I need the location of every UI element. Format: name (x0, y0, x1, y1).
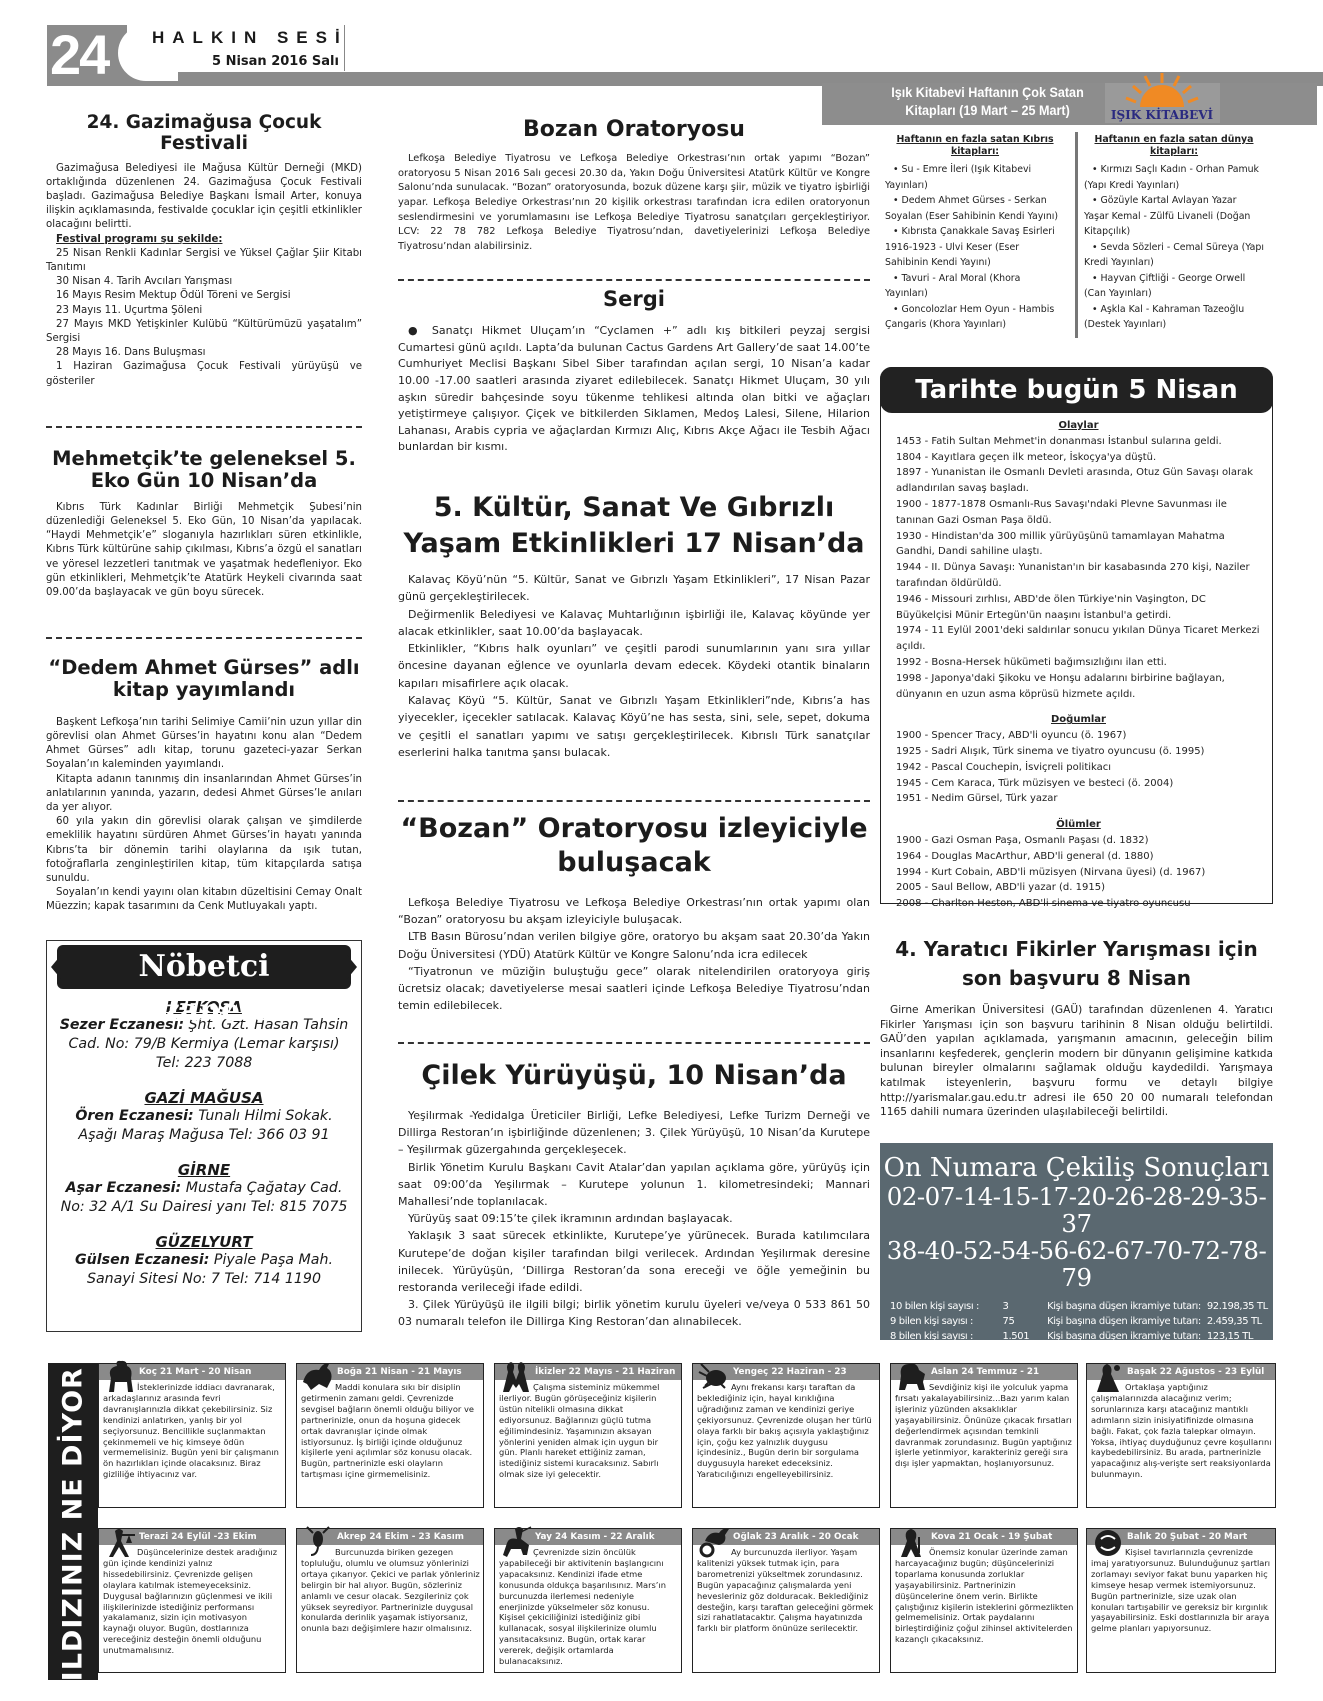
horoscope-card: Yengeç 22 Haziran - 23 Temmuz Aynı freka… (692, 1363, 880, 1508)
article-title: Çilek Yürüyüşü, 10 Nisan’da (398, 1060, 870, 1091)
leo-icon (895, 1358, 929, 1394)
article-kultur-sanat: 5. Kültür, Sanat Ve Gıbrızlı Yaşam Etkin… (398, 490, 870, 761)
list-item: 1951 - Nedim Gürsel, Türk yazar (896, 791, 1261, 807)
list-item: 1453 - Fatih Sultan Mehmet'in donanması … (896, 434, 1261, 450)
list-item: 1964 - Douglas MacArthur, ABD'li general… (896, 849, 1261, 865)
list-item: • Goncolozlar Hem Oyun - Hambis Çangaris… (885, 302, 1065, 333)
list-item: • Sevda Sözleri - Cemal Süreya (Yapı Kre… (1084, 240, 1264, 271)
article-title: 5. Kültür, Sanat Ve Gıbrızlı Yaşam Etkin… (398, 490, 870, 562)
list-item: 1804 - Kayıtlara geçen ilk meteor, İskoç… (896, 450, 1261, 466)
horoscope-card: İkizler 22 Mayıs - 21 Haziran Çalışma si… (494, 1363, 682, 1508)
article-body: Girne Amerikan Üniversitesi (GAÜ) tarafı… (880, 1003, 1273, 1120)
list-item: 2005 - Saul Bellow, ABD'li yazar (d. 191… (896, 880, 1261, 896)
lottery-box: On Numara Çekiliş Sonuçları 02-07-14-15-… (880, 1143, 1273, 1340)
article-body: Yeşilırmak -Yedidalga Üreticiler Birliği… (398, 1107, 870, 1331)
list-item: 2008 - Charlton Heston, ABD'li sinema ve… (896, 896, 1261, 912)
virgo-icon (1091, 1358, 1125, 1394)
list-item: 1946 - Missouri zırhlısı, ABD'de ölen Tü… (896, 592, 1261, 624)
horoscope-card: Kova 21 Ocak - 19 Şubat Önemsiz konular … (890, 1528, 1078, 1673)
aries-icon (103, 1358, 137, 1394)
pharmacy-entry: GÜZELYURT Gülsen Eczanesi: Piyale Paşa M… (47, 1233, 361, 1289)
article-body: Kalavaç Köyü’nün “5. Kültür, Sanat ve Gı… (398, 571, 870, 761)
article-title: Sergi (398, 287, 870, 311)
svg-text:IŞIK KİTABEVİ: IŞIK KİTABEVİ (1111, 107, 1214, 122)
article-title: 24. Gazimağusa Çocuk Festivali (46, 112, 362, 155)
list-item: • Kıbrısta Çanakkale Savaş Esirleri 1916… (885, 224, 1065, 271)
article-title: Mehmetçik’te geleneksel 5. Eko Gün 10 Ni… (46, 448, 362, 493)
list-item: 1974 - 11 Eylül 2001'deki saldırılar son… (896, 623, 1261, 655)
divider (46, 426, 362, 428)
aquarius-icon (895, 1523, 929, 1559)
bookstore-divider (1075, 132, 1078, 338)
taurus-icon (301, 1358, 335, 1394)
horoscope-card: Yay 24 Kasım - 22 Aralık Çevrenizde sizi… (494, 1528, 682, 1673)
list-item: • Tavuri - Aral Moral (Khora Yayınları) (885, 271, 1065, 302)
scorpio-icon (301, 1523, 335, 1559)
history-title: Tarihte bugün 5 Nisan (880, 367, 1273, 413)
article-bozan-oratoryosu: Bozan Oratoryosu Lefkoşa Belediye Tiyatr… (398, 117, 870, 254)
article-title: “Bozan” Oratoryosu izleyiciyle buluşacak (398, 812, 870, 880)
article-title: “Dedem Ahmet Gürses” adlı kitap yayımlan… (46, 657, 362, 702)
horoscope-card: Terazi 24 Eylül -23 Ekim Düşüncelerinize… (98, 1528, 286, 1673)
list-item: 1944 - II. Dünya Savaşı: Yunanistan'ın b… (896, 560, 1261, 592)
table-row: 8 bilen kişi sayısı :1.501Kişi başına dü… (890, 1329, 1274, 1344)
list-item: • Dedem Ahmet Gürses - Serkan Soyalan (E… (885, 193, 1065, 224)
horoscope-card: Balık 20 Şubat - 20 Mart Kişisel tavırla… (1086, 1528, 1276, 1673)
sun-logo-icon: IŞIK KİTABEVİ (1105, 71, 1220, 123)
horoscope-card: Akrep 24 Ekim - 23 Kasım Burcunuzda biri… (296, 1528, 484, 1673)
list-item: 1900 - Gazi Osman Paşa, Osmanlı Paşası (… (896, 833, 1261, 849)
article-cilek-yuruyusu: Çilek Yürüyüşü, 10 Nisan’da Yeşilırmak -… (398, 1060, 870, 1331)
gemini-icon (499, 1358, 533, 1394)
lottery-title: On Numara Çekiliş Sonuçları (880, 1153, 1273, 1183)
page-number: 24 (50, 22, 108, 87)
horoscope-card: Başak 22 Ağustos - 23 Eylül Ortaklaşa ya… (1086, 1363, 1276, 1508)
list-item: 1992 - Bosna-Hersek hükümeti bağımsızlığ… (896, 655, 1261, 671)
sagittarius-icon (499, 1523, 533, 1559)
newspaper-name: HALKIN SESİ (152, 28, 348, 48)
article-eko-gun: Mehmetçik’te geleneksel 5. Eko Gün 10 Ni… (46, 448, 362, 600)
horoscope-card: Oğlak 23 Aralık - 20 Ocak Ay burcunuzda … (692, 1528, 880, 1673)
list-item: 1994 - Kurt Cobain, ABD'li müzisyen (Nir… (896, 865, 1261, 881)
article-body: Lefkoşa Belediye Tiyatrosu ve Lefkoşa Be… (398, 152, 870, 254)
header-separator (344, 25, 345, 71)
horoscope-card: Koç 21 Mart - 20 Nisan İsteklerinizde id… (98, 1363, 286, 1508)
bookstore-title: Işık Kitabevi Haftanın Çok Satan Kitapla… (891, 83, 1085, 119)
divider (398, 1042, 870, 1044)
pharmacy-entry: GİRNE Aşar Eczanesi: Mustafa Çağatay Cad… (47, 1161, 361, 1217)
list-item: 1897 - Yunanistan ile Osmanlı Devleti ar… (896, 465, 1261, 497)
program-heading: Festival programı şu şekilde: (46, 233, 362, 247)
pharmacies-title: Nöbetci Eczaneler (57, 945, 351, 989)
list-item: 1930 - Hindistan'da 300 millik yürüyüşün… (896, 529, 1261, 561)
bookstore-world-list: Haftanın en fazla satan dünya kitapları:… (1084, 134, 1264, 333)
list-item: • Gözüyle Kartal Avlayan Yazar Yaşar Kem… (1084, 193, 1264, 240)
list-item: • Hayvan Çiftliği - George Orwell (Can Y… (1084, 271, 1264, 302)
pharmacies-box: Nöbetci Eczaneler LEFKOŞA Sezer Eczanesi… (46, 940, 362, 1332)
article-title: 4. Yaratıcı Fikirler Yarışması için son … (880, 935, 1273, 993)
list-item: 1945 - Cem Karaca, Türk müzisyen ve best… (896, 776, 1261, 792)
divider (46, 637, 362, 639)
table-row: 9 bilen kişi sayısı :75Kişi başına düşen… (890, 1314, 1274, 1329)
table-row: 10 bilen kişi sayısı :3Kişi başına düşen… (890, 1299, 1274, 1314)
horoscope-section-label: YILDIZINIZ NE DİYOR ? (48, 1363, 98, 1680)
list-item: 1942 - Pascal Couchepin, İsviçreli polit… (896, 760, 1261, 776)
list-item: 1900 - Spencer Tracy, ABD'li oyuncu (ö. … (896, 728, 1261, 744)
article-body: Lefkoşa Belediye Tiyatrosu ve Lefkoşa Be… (398, 894, 870, 1014)
issue-date: 5 Nisan 2016 Salı (212, 54, 339, 69)
pharmacy-entry: GAZİ MAĞUSA Ören Eczanesi: Tunalı Hilmi … (47, 1089, 361, 1145)
article-body: Başkent Lefkoşa’nın tarihi Selimiye Cami… (46, 716, 362, 915)
list-item: 1998 - Japonya'daki Şikoku ve Honşu adal… (896, 671, 1261, 703)
lottery-numbers: 02-07-14-15-17-20-26-28-29-35-37 (880, 1183, 1273, 1237)
capricorn-icon (697, 1523, 731, 1559)
article-body: Kıbrıs Türk Kadınlar Birliği Mehmetçik Ş… (46, 501, 362, 600)
horoscope-card: Boğa 21 Nisan - 21 Mayıs Maddi konulara … (296, 1363, 484, 1508)
article-body: ● Sanatçı Hikmet Uluçam’ın “Cyclamen +” … (398, 323, 870, 456)
list-item: • Kırmızı Saçlı Kadın - Orhan Pamuk (Yap… (1084, 162, 1264, 193)
bookstore-logo: IŞIK KİTABEVİ (1105, 71, 1220, 123)
article-cocuk-festivali: 24. Gazimağusa Çocuk Festivali Gazimağus… (46, 112, 362, 389)
article-sergi: Sergi ● Sanatçı Hikmet Uluçam’ın “Cyclam… (398, 287, 870, 456)
article-dedem-ahmet-gurses: “Dedem Ahmet Gürses” adlı kitap yayımlan… (46, 657, 362, 915)
article-bozan-izleyiciyle: “Bozan” Oratoryosu izleyiciyle buluşacak… (398, 812, 870, 1014)
article-yaratici-fikirler: 4. Yaratıcı Fikirler Yarışması için son … (880, 935, 1273, 1120)
pisces-icon (1091, 1523, 1125, 1559)
divider (398, 800, 870, 802)
bookstore-cyprus-list: Haftanın en fazla satan Kıbrıs kitapları… (885, 134, 1065, 333)
cancer-icon (697, 1358, 731, 1394)
libra-icon (103, 1523, 137, 1559)
lottery-numbers: 38-40-52-54-56-62-67-70-72-78-79 (880, 1237, 1273, 1291)
table-row: 7 bilen kişi sayısı :15.010Kişi başına d… (890, 1344, 1274, 1359)
article-title: Bozan Oratoryosu (398, 117, 870, 142)
horoscope-card: Aslan 24 Temmuz - 21 Ağustos Sevdiğiniz … (890, 1363, 1078, 1508)
list-item: • Su - Emre İleri (Işık Kitabevi Yayınla… (885, 162, 1065, 193)
list-item: • Aşkla Kal - Kahraman Tazeoğlu (Destek … (1084, 302, 1264, 333)
list-item: 1925 - Sadri Alışık, Türk sinema ve tiya… (896, 744, 1261, 760)
article-body: Gazimağusa Belediyesi ile Mağusa Kültür … (46, 162, 362, 389)
history-body: Olaylar 1453 - Fatih Sultan Mehmet'in do… (896, 418, 1261, 912)
divider (398, 279, 870, 281)
list-item: 1900 - 1877-1878 Osmanlı-Rus Savaşı'ndak… (896, 497, 1261, 529)
